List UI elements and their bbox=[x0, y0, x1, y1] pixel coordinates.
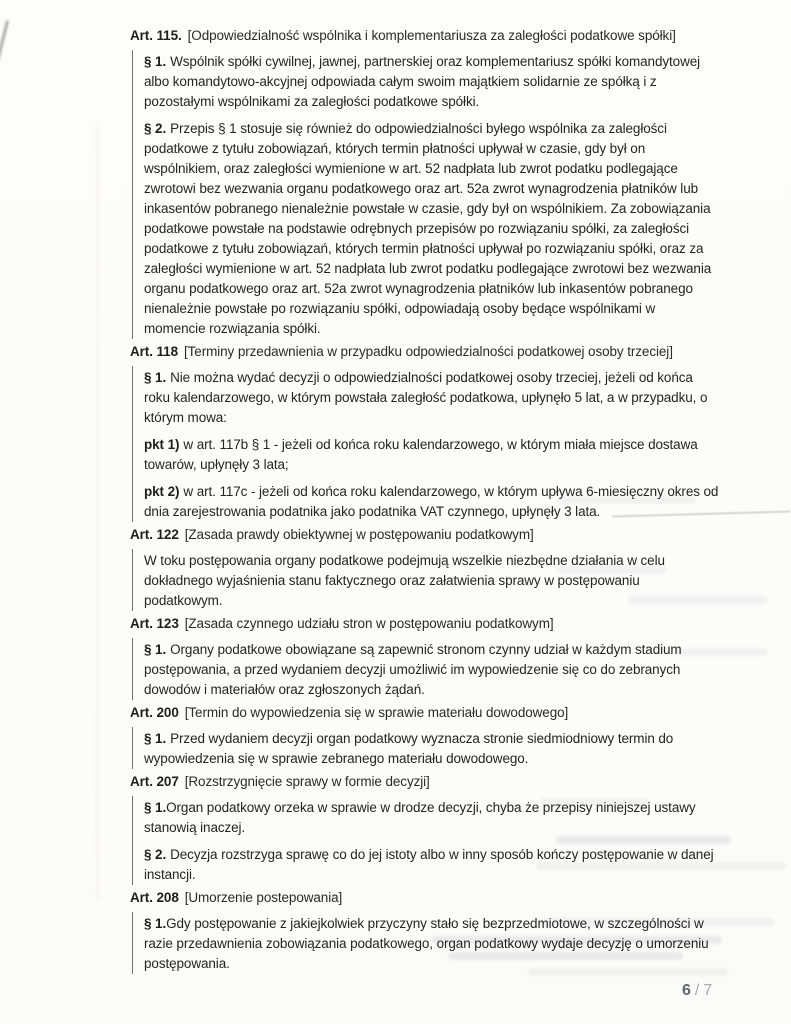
scan-corner-artifact bbox=[0, 20, 9, 61]
article-number: Art. 208 bbox=[130, 890, 179, 905]
article-heading: Art. 200[Termin do wypowiedzenia się w s… bbox=[130, 703, 720, 723]
article-number: Art. 118 bbox=[130, 344, 178, 359]
article-title: [Zasada prawdy obiektywnej w postępowani… bbox=[185, 527, 534, 542]
paragraph: § 1.Gdy postępowanie z jakiejkolwiek prz… bbox=[144, 914, 720, 974]
article-section: Art. 122[Zasada prawdy obiektywnej w pos… bbox=[130, 525, 720, 611]
article-heading: Art. 207[Rozstrzygnięcie sprawy w formie… bbox=[130, 772, 720, 792]
article-section: Art. 200[Termin do wypowiedzenia się w s… bbox=[130, 703, 720, 769]
paragraph: W toku postępowania organy podatkowe pod… bbox=[144, 551, 720, 611]
paragraph-text: Wspólnik spółki cywilnej, jawnej, partne… bbox=[144, 54, 700, 109]
paragraph: § 1.Organy podatkowe obowiązane są zapew… bbox=[144, 640, 720, 700]
article-section: Art. 115.[Odpowiedzialność wspólnika i k… bbox=[130, 26, 720, 339]
paragraph: § 1.Przed wydaniem decyzji organ podatko… bbox=[144, 729, 720, 769]
article-body: § 1.Przed wydaniem decyzji organ podatko… bbox=[132, 727, 720, 769]
scan-edge-smudge bbox=[96, 120, 99, 900]
paragraph-text: Przepis § 1 stosuje się również do odpow… bbox=[144, 121, 711, 336]
paragraph-text: Przed wydaniem decyzji organ podatkowy w… bbox=[144, 731, 673, 766]
article-heading: Art. 122[Zasada prawdy obiektywnej w pos… bbox=[130, 525, 720, 545]
article-body: § 1.Organy podatkowe obowiązane są zapew… bbox=[132, 638, 720, 700]
paragraph-text: w art. 117b § 1 - jeżeli od końca roku k… bbox=[144, 437, 698, 472]
article-body: § 1.Nie można wydać decyzji o odpowiedzi… bbox=[132, 366, 720, 522]
paragraph-lead: § 2. bbox=[144, 847, 166, 862]
page-number: 6/7 bbox=[682, 982, 713, 1000]
paragraph-lead: § 1. bbox=[144, 916, 166, 931]
paragraph-text: Organy podatkowe obowiązane są zapewnić … bbox=[144, 642, 682, 697]
paragraph-text: Organ podatkowy orzeka w sprawie w drodz… bbox=[144, 800, 696, 835]
page-current: 6 bbox=[682, 982, 692, 999]
document-page: Art. 115.[Odpowiedzialność wspólnika i k… bbox=[0, 0, 791, 1024]
article-title: [Terminy przedawnienia w przypadku odpow… bbox=[184, 344, 673, 359]
paragraph: pkt 1)w art. 117b § 1 - jeżeli od końca … bbox=[144, 435, 720, 475]
paragraph-lead: § 1. bbox=[144, 54, 166, 69]
document-content: Art. 115.[Odpowiedzialność wspólnika i k… bbox=[130, 26, 720, 977]
paragraph: § 1.Wspólnik spółki cywilnej, jawnej, pa… bbox=[144, 52, 720, 112]
article-number: Art. 207 bbox=[130, 774, 179, 789]
article-heading: Art. 115.[Odpowiedzialność wspólnika i k… bbox=[130, 26, 720, 46]
paragraph-lead: pkt 2) bbox=[144, 484, 179, 499]
article-heading: Art. 123[Zasada czynnego udziału stron w… bbox=[130, 614, 720, 634]
article-body: § 1.Organ podatkowy orzeka w sprawie w d… bbox=[132, 796, 720, 885]
article-heading: Art. 118[Terminy przedawnienia w przypad… bbox=[130, 342, 720, 362]
paragraph-lead: pkt 1) bbox=[144, 437, 179, 452]
article-section: Art. 123[Zasada czynnego udziału stron w… bbox=[130, 614, 720, 700]
paragraph: § 1.Nie można wydać decyzji o odpowiedzi… bbox=[144, 368, 720, 428]
article-number: Art. 200 bbox=[130, 705, 179, 720]
paragraph-text: Nie można wydać decyzji o odpowiedzialno… bbox=[144, 370, 707, 425]
paragraph: pkt 2)w art. 117c - jeżeli od końca roku… bbox=[144, 482, 720, 522]
article-section: Art. 208[Umorzenie postepowania]§ 1.Gdy … bbox=[130, 888, 720, 974]
paragraph-text: w art. 117c - jeżeli od końca roku kalen… bbox=[144, 484, 718, 519]
article-body: § 1.Wspólnik spółki cywilnej, jawnej, pa… bbox=[132, 50, 720, 339]
article-section: Art. 207[Rozstrzygnięcie sprawy w formie… bbox=[130, 772, 720, 885]
article-title: [Zasada czynnego udziału stron w postępo… bbox=[185, 616, 554, 631]
paragraph-lead: § 1. bbox=[144, 642, 166, 657]
article-title: [Termin do wypowiedzenia się w sprawie m… bbox=[185, 705, 568, 720]
paragraph-text: W toku postępowania organy podatkowe pod… bbox=[144, 553, 665, 608]
paragraph: § 2.Decyzja rozstrzyga sprawę co do jej … bbox=[144, 845, 720, 885]
paragraph: § 1.Organ podatkowy orzeka w sprawie w d… bbox=[144, 798, 720, 838]
article-title: [Umorzenie postepowania] bbox=[185, 890, 342, 905]
article-title: [Odpowiedzialność wspólnika i komplement… bbox=[188, 28, 676, 43]
article-number: Art. 115. bbox=[130, 28, 182, 43]
article-body: W toku postępowania organy podatkowe pod… bbox=[132, 549, 720, 611]
article-number: Art. 122 bbox=[130, 527, 179, 542]
paragraph-lead: § 1. bbox=[144, 800, 166, 815]
article-heading: Art. 208[Umorzenie postepowania] bbox=[130, 888, 720, 908]
paragraph-lead: § 1. bbox=[144, 731, 166, 746]
article-number: Art. 123 bbox=[130, 616, 179, 631]
article-title: [Rozstrzygnięcie sprawy w formie decyzji… bbox=[185, 774, 430, 789]
page-total: 7 bbox=[703, 982, 713, 999]
paragraph: § 2.Przepis § 1 stosuje się również do o… bbox=[144, 119, 720, 339]
paragraph-lead: § 1. bbox=[144, 370, 166, 385]
article-section: Art. 118[Terminy przedawnienia w przypad… bbox=[130, 342, 720, 522]
page-separator: / bbox=[695, 982, 700, 999]
paragraph-text: Gdy postępowanie z jakiejkolwiek przyczy… bbox=[144, 916, 709, 971]
paragraph-lead: § 2. bbox=[144, 121, 166, 136]
paragraph-text: Decyzja rozstrzyga sprawę co do jej isto… bbox=[144, 847, 714, 882]
article-body: § 1.Gdy postępowanie z jakiejkolwiek prz… bbox=[132, 912, 720, 974]
